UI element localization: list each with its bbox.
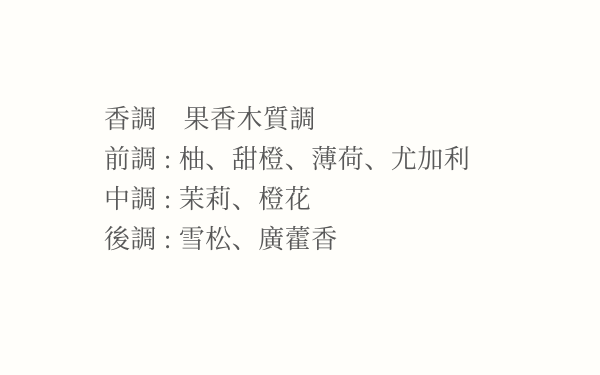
fragrance-family-label: 香調 — [104, 105, 157, 134]
top-notes-label: 前調 — [104, 145, 157, 174]
base-notes-line: 後調 : 雪松、廣藿香 — [104, 220, 470, 260]
fragrance-family-line: 香調 果香木質調 — [104, 100, 470, 140]
middle-notes-label: 中調 — [104, 185, 157, 214]
fragrance-family-separator — [157, 105, 184, 134]
base-notes-label: 後調 — [104, 225, 157, 254]
top-notes-line: 前調 : 柚、甜橙、薄荷、尤加利 — [104, 140, 470, 180]
middle-notes-line: 中調 : 茉莉、橙花 — [104, 180, 470, 220]
base-notes-separator: : — [157, 225, 179, 254]
top-notes-separator: : — [157, 145, 179, 174]
fragrance-family-value: 果香木質調 — [184, 105, 317, 134]
fragrance-notes-panel: 香調 果香木質調前調 : 柚、甜橙、薄荷、尤加利中調 : 茉莉、橙花後調 : 雪… — [104, 100, 470, 260]
base-notes-value: 雪松、廣藿香 — [179, 225, 338, 254]
middle-notes-value: 茉莉、橙花 — [179, 185, 312, 214]
top-notes-value: 柚、甜橙、薄荷、尤加利 — [179, 145, 471, 174]
middle-notes-separator: : — [157, 185, 179, 214]
